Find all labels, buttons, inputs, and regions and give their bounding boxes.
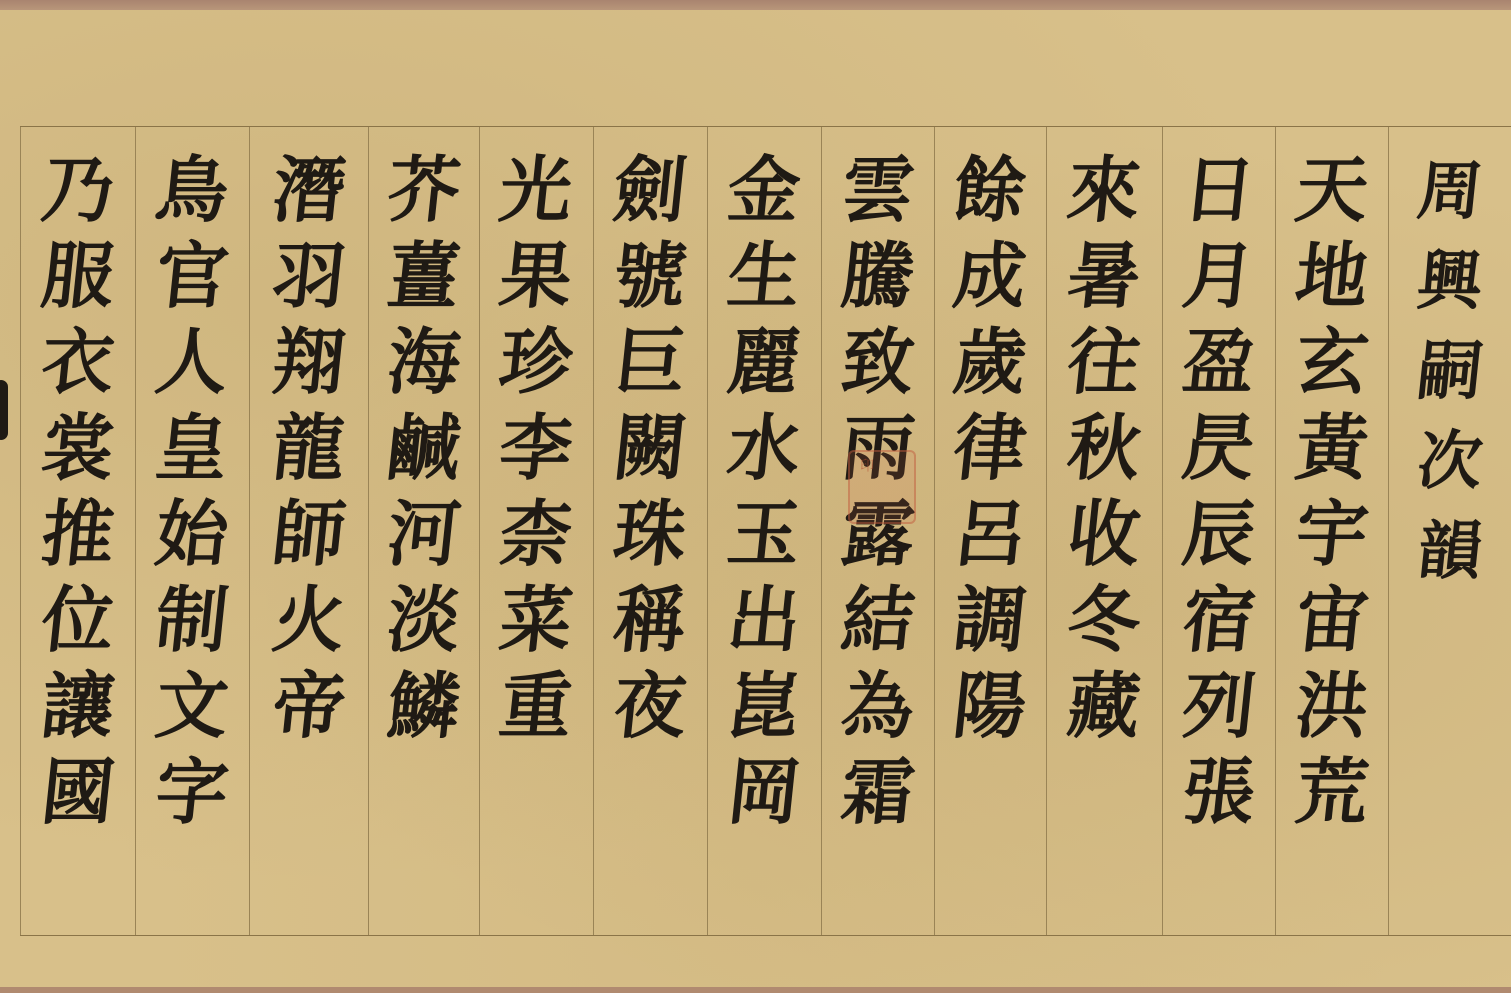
calligraphy-character: 衣 xyxy=(37,319,118,405)
calligraphy-character: 皇 xyxy=(152,405,233,491)
calligraphy-character: 往 xyxy=(1064,319,1145,405)
calligraphy-character: 讓 xyxy=(37,663,118,749)
calligraphy-character: 位 xyxy=(37,577,118,663)
column-10: 芥薑海鹹河淡鱗 xyxy=(368,127,479,935)
scroll-frame-top xyxy=(0,0,1511,10)
calligraphy-character: 乃 xyxy=(37,147,118,233)
calligraphy-character: 光 xyxy=(496,147,577,233)
calligraphy-character: 韻 xyxy=(1413,507,1486,597)
calligraphy-character: 日 xyxy=(1178,147,1259,233)
calligraphy-character: 玄 xyxy=(1291,319,1372,405)
calligraphy-character: 天 xyxy=(1291,147,1372,233)
calligraphy-character: 霜 xyxy=(837,749,918,835)
calligraphy-character: 張 xyxy=(1178,749,1259,835)
column-13: 乃服衣裳推位讓國 xyxy=(20,127,135,935)
column-9: 光果珍李柰菜重 xyxy=(479,127,593,935)
calligraphy-character: 洪 xyxy=(1291,663,1372,749)
calligraphy-character: 菜 xyxy=(496,577,577,663)
calligraphy-character: 次 xyxy=(1413,417,1486,507)
calligraphy-character: 水 xyxy=(724,405,805,491)
column-characters: 來暑往秋收冬藏 xyxy=(1068,147,1140,749)
calligraphy-character: 官 xyxy=(152,233,233,319)
calligraphy-character: 黃 xyxy=(1291,405,1372,491)
calligraphy-character: 昃 xyxy=(1178,405,1259,491)
column-4: 來暑往秋收冬藏 xyxy=(1046,127,1162,935)
calligraphy-character: 李 xyxy=(496,405,577,491)
calligraphy-character: 麗 xyxy=(724,319,805,405)
calligraphy-character: 師 xyxy=(268,491,349,577)
column-characters: 金生麗水玉出崑岡 xyxy=(728,147,800,835)
calligraphy-character: 火 xyxy=(268,577,349,663)
calligraphy-character: 玉 xyxy=(724,491,805,577)
calligraphy-character: 帝 xyxy=(268,663,349,749)
calligraphy-character: 翔 xyxy=(268,319,349,405)
calligraphy-character: 列 xyxy=(1178,663,1259,749)
calligraphy-character: 龍 xyxy=(268,405,349,491)
calligraphy-character: 陽 xyxy=(950,663,1031,749)
calligraphy-character: 辰 xyxy=(1178,491,1259,577)
calligraphy-character: 巨 xyxy=(610,319,691,405)
calligraphy-character: 收 xyxy=(1064,491,1145,577)
calligraphy-character: 宿 xyxy=(1178,577,1259,663)
calligraphy-character: 海 xyxy=(383,319,464,405)
column-2: 天地玄黃宇宙洪荒 xyxy=(1275,127,1388,935)
calligraphy-character: 生 xyxy=(724,233,805,319)
calligraphy-character: 鳥 xyxy=(152,147,233,233)
calligraphy-character: 冬 xyxy=(1064,577,1145,663)
calligraphy-character: 調 xyxy=(950,577,1031,663)
calligraphy-character: 地 xyxy=(1291,233,1372,319)
red-seal-stamp: 印 xyxy=(848,450,916,524)
ink-fragment-left-edge xyxy=(0,380,8,440)
calligraphy-character: 雲 xyxy=(837,147,918,233)
calligraphy-character: 珠 xyxy=(610,491,691,577)
column-12: 鳥官人皇始制文字 xyxy=(135,127,249,935)
calligraphy-character: 薑 xyxy=(383,233,464,319)
calligraphy-character: 結 xyxy=(837,577,918,663)
calligraphy-character: 崑 xyxy=(724,663,805,749)
calligraphy-character: 宇 xyxy=(1291,491,1372,577)
paper-background: 周興嗣次韻 天地玄黃宇宙洪荒 日月盈昃辰宿列張 來暑往秋收冬藏 餘成歲律呂調陽 … xyxy=(0,10,1511,987)
column-characters: 劍號巨闕珠稱夜 xyxy=(614,147,686,749)
calligraphy-character: 月 xyxy=(1178,233,1259,319)
column-characters: 鳥官人皇始制文字 xyxy=(156,147,228,835)
calligraphy-character: 歲 xyxy=(950,319,1031,405)
calligraphy-character: 闕 xyxy=(610,405,691,491)
calligraphy-character: 成 xyxy=(950,233,1031,319)
calligraphy-character: 潛 xyxy=(268,147,349,233)
calligraphy-character: 河 xyxy=(383,491,464,577)
column-5: 餘成歲律呂調陽 xyxy=(934,127,1046,935)
calligraphy-character: 秋 xyxy=(1064,405,1145,491)
calligraphy-character: 重 xyxy=(496,663,577,749)
calligraphy-character: 金 xyxy=(724,147,805,233)
calligraphy-character: 服 xyxy=(37,233,118,319)
calligraphy-character: 柰 xyxy=(496,491,577,577)
calligraphy-character: 淡 xyxy=(383,577,464,663)
column-characters: 芥薑海鹹河淡鱗 xyxy=(388,147,460,749)
calligraphy-character: 宙 xyxy=(1291,577,1372,663)
calligraphy-character: 字 xyxy=(152,749,233,835)
column-characters: 餘成歲律呂調陽 xyxy=(954,147,1026,749)
calligraphy-character: 劍 xyxy=(610,147,691,233)
column-8: 劍號巨闕珠稱夜 xyxy=(593,127,707,935)
calligraphy-character: 荒 xyxy=(1291,749,1372,835)
calligraphy-character: 出 xyxy=(724,577,805,663)
calligraphy-character: 嗣 xyxy=(1413,327,1486,417)
column-characters: 乃服衣裳推位讓國 xyxy=(42,147,114,835)
calligraphy-character: 夜 xyxy=(610,663,691,749)
calligraphy-character: 文 xyxy=(152,663,233,749)
column-3: 日月盈昃辰宿列張 xyxy=(1162,127,1275,935)
column-grid: 周興嗣次韻 天地玄黃宇宙洪荒 日月盈昃辰宿列張 來暑往秋收冬藏 餘成歲律呂調陽 … xyxy=(20,126,1511,936)
calligraphy-character: 興 xyxy=(1413,237,1486,327)
calligraphy-character: 人 xyxy=(152,319,233,405)
column-6: 雲騰致雨露結為霜 xyxy=(821,127,934,935)
calligraphy-character: 來 xyxy=(1064,147,1145,233)
calligraphy-character: 芥 xyxy=(383,147,464,233)
calligraphy-character: 國 xyxy=(37,749,118,835)
calligraphy-character: 餘 xyxy=(950,147,1031,233)
calligraphy-character: 周 xyxy=(1413,147,1486,237)
calligraphy-character: 致 xyxy=(837,319,918,405)
calligraphy-character: 騰 xyxy=(837,233,918,319)
calligraphy-character: 稱 xyxy=(610,577,691,663)
calligraphy-character: 盈 xyxy=(1178,319,1259,405)
calligraphy-character: 藏 xyxy=(1064,663,1145,749)
calligraphy-character: 始 xyxy=(152,491,233,577)
seal-text: 印 xyxy=(856,458,876,472)
column-7: 金生麗水玉出崑岡 xyxy=(707,127,821,935)
calligraphy-character: 裳 xyxy=(37,405,118,491)
column-characters: 日月盈昃辰宿列張 xyxy=(1183,147,1255,835)
calligraphy-character: 珍 xyxy=(496,319,577,405)
calligraphy-character: 呂 xyxy=(950,491,1031,577)
scroll-frame-bottom xyxy=(0,987,1511,993)
calligraphy-character: 岡 xyxy=(724,749,805,835)
calligraphy-character: 鱗 xyxy=(383,663,464,749)
column-11: 潛羽翔龍師火帝 xyxy=(249,127,368,935)
column-title: 周興嗣次韻 xyxy=(1388,127,1511,935)
column-characters: 潛羽翔龍師火帝 xyxy=(273,147,345,749)
calligraphy-character: 制 xyxy=(152,577,233,663)
column-characters: 天地玄黃宇宙洪荒 xyxy=(1296,147,1368,835)
calligraphy-character: 號 xyxy=(610,233,691,319)
calligraphy-character: 鹹 xyxy=(383,405,464,491)
calligraphy-character: 為 xyxy=(837,663,918,749)
calligraphy-character: 律 xyxy=(950,405,1031,491)
calligraphy-character: 果 xyxy=(496,233,577,319)
column-characters: 光果珍李柰菜重 xyxy=(500,147,572,749)
calligraphy-character: 推 xyxy=(37,491,118,577)
column-characters: 周興嗣次韻 xyxy=(1418,147,1482,597)
calligraphy-character: 羽 xyxy=(268,233,349,319)
calligraphy-character: 暑 xyxy=(1064,233,1145,319)
